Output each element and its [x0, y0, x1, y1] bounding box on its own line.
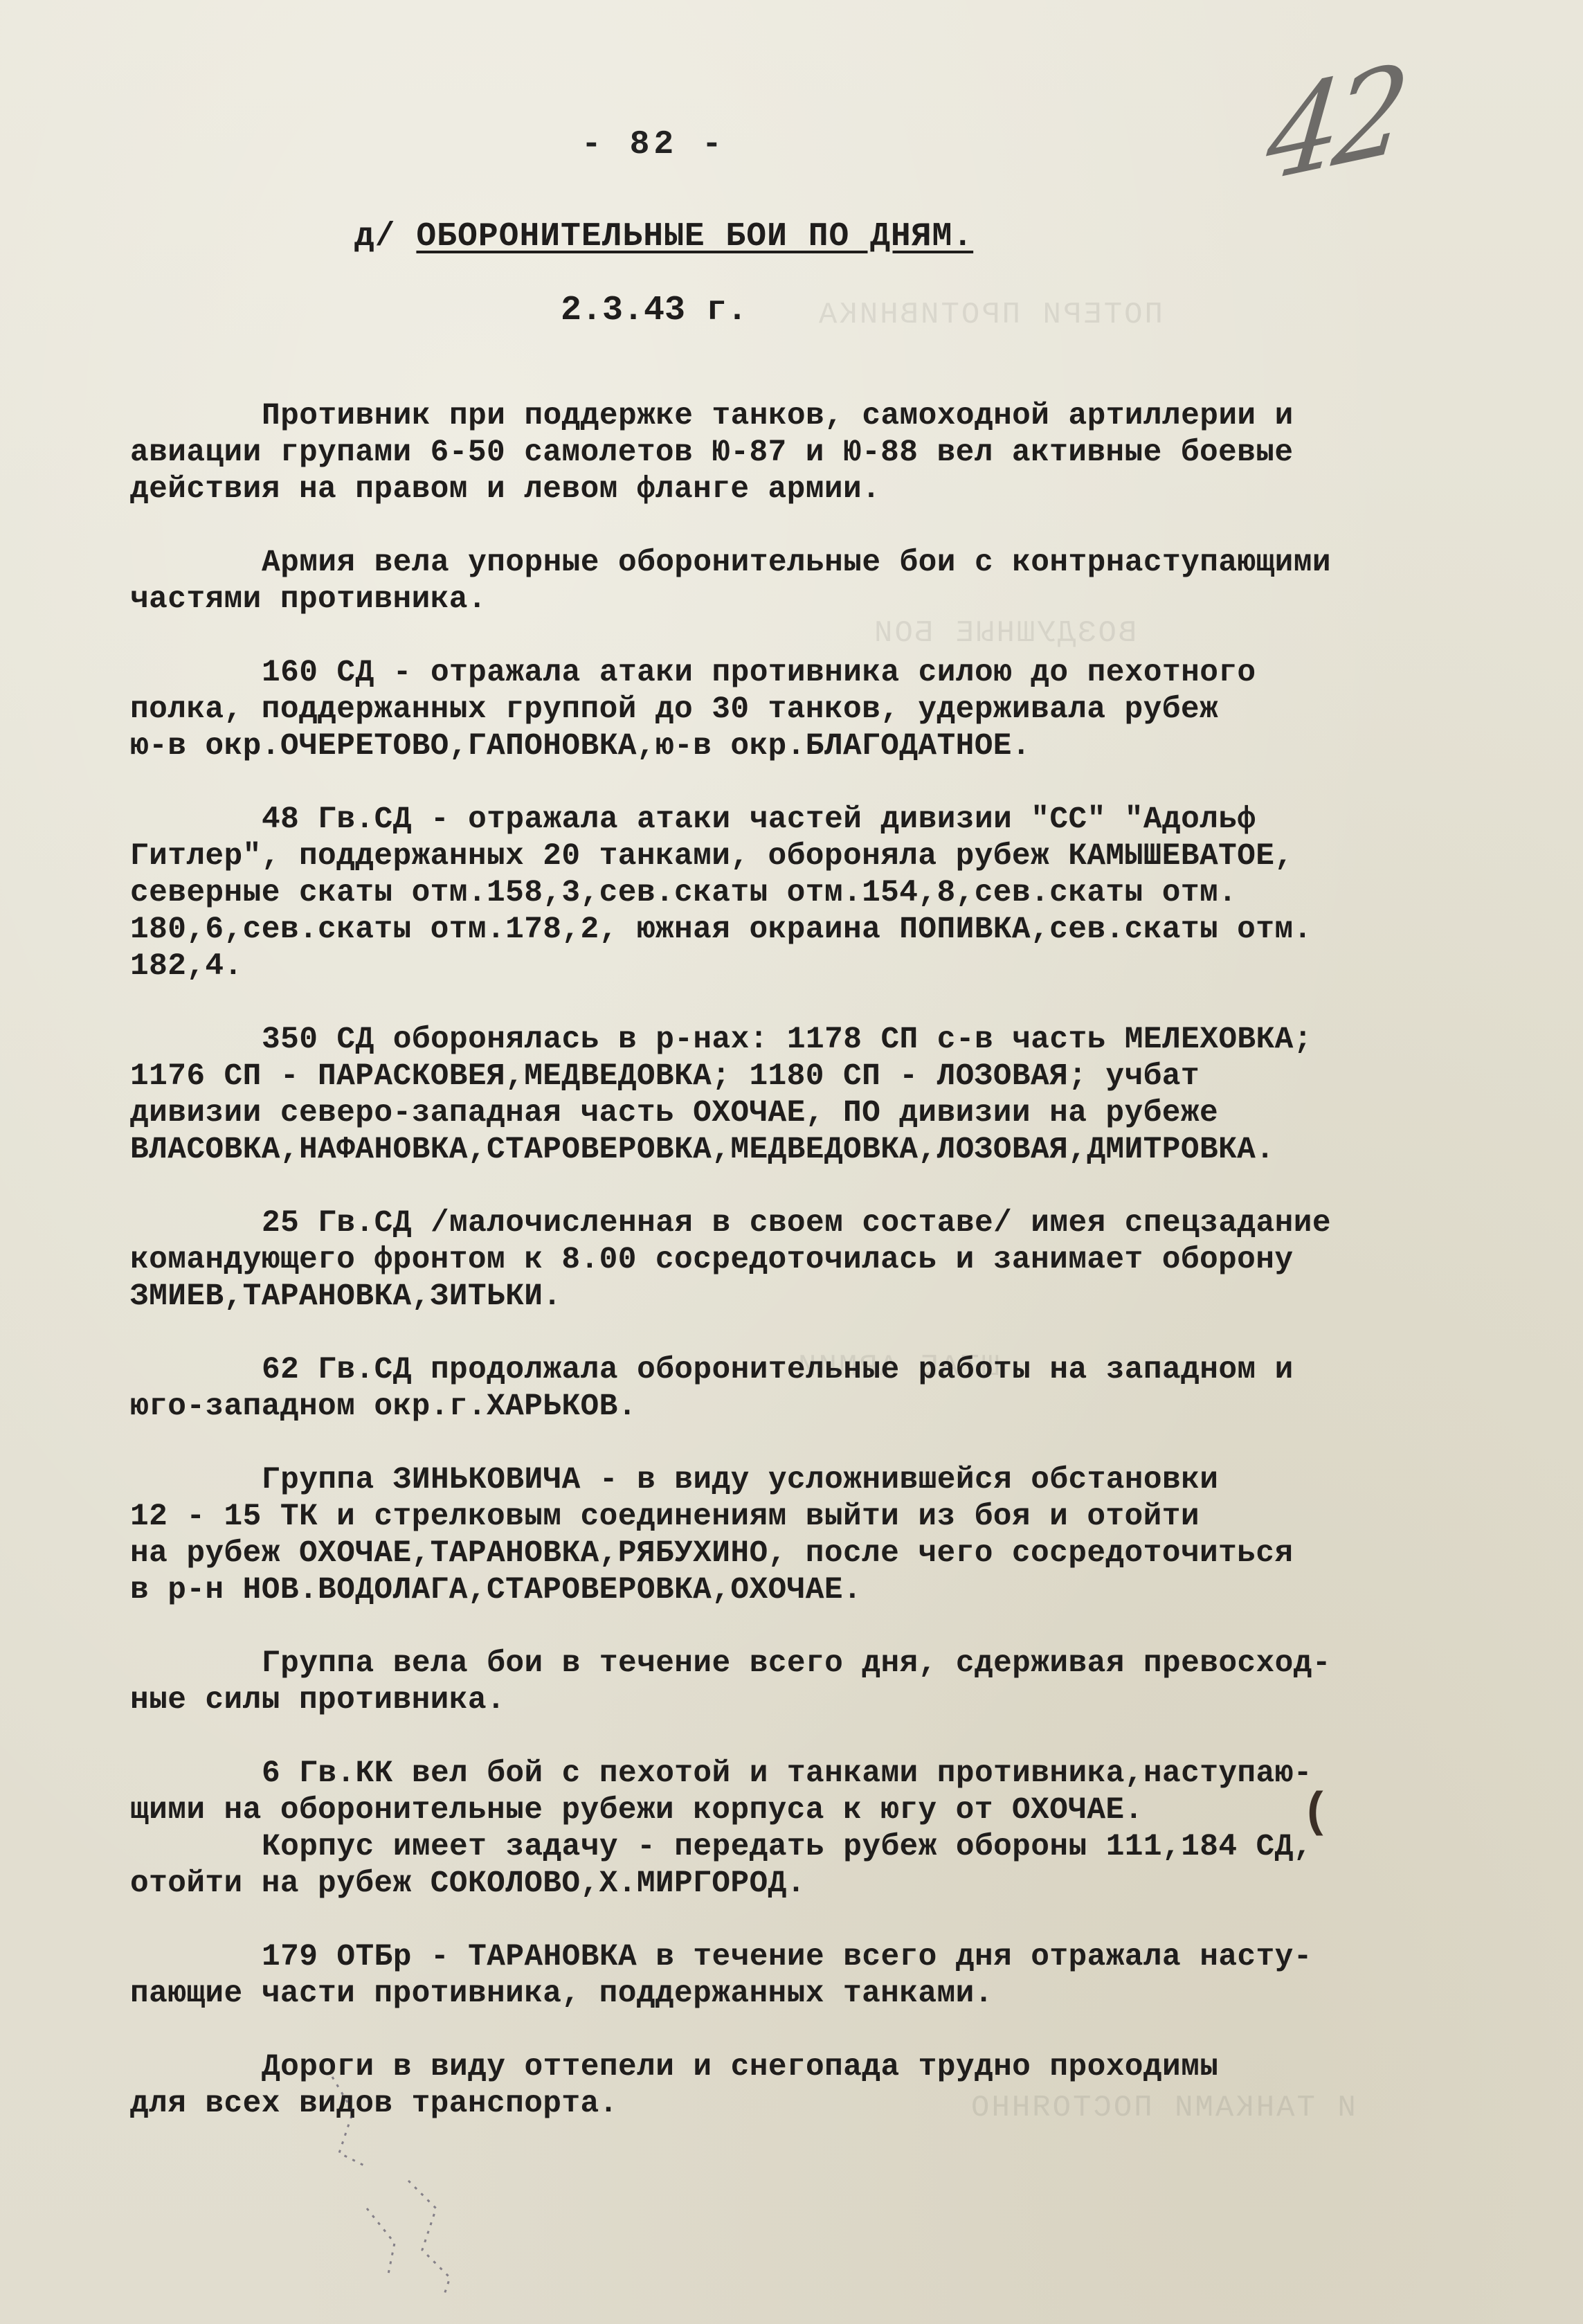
pencil-scribble-icon [325, 2070, 491, 2298]
text-line: 179 ОТБр - ТАРАНОВКА в течение всего дня… [130, 1939, 1570, 1976]
bleed-through-text: ПОТЕРИ ПРОТИВНИКА [817, 298, 1163, 332]
text-line: 6 Гв.КК вел бой с пехотой и танками прот… [130, 1756, 1570, 1792]
section-title: д/ ОБОРОНИТЕЛЬНЫЕ БОИ ПО ДНЯМ. [354, 218, 973, 255]
text-line: 180,6,сев.скаты отм.178,2, южная окраина… [130, 912, 1570, 948]
text-line: ные силы противника. [130, 1682, 1570, 1719]
paragraph: 48 Гв.СД - отражала атаки частей дивизии… [130, 802, 1570, 985]
text-line: 12 - 15 ТК и стрелковым соединениям выйт… [130, 1499, 1570, 1535]
text-line: дивизии северо-западная часть ОХОЧАЕ, ПО… [130, 1095, 1570, 1132]
text-line: Противник при поддержке танков, самоходн… [130, 398, 1570, 435]
text-line: командующего фронтом к 8.00 сосредоточил… [130, 1242, 1570, 1279]
paragraph: 62 Гв.СД продолжала оборонительные работ… [130, 1352, 1570, 1425]
text-line: 350 СД оборонялась в р-нах: 1178 СП с-в … [130, 1022, 1570, 1059]
text-line: 182,4. [130, 948, 1570, 985]
text-line: на рубеж ОХОЧАЕ,ТАРАНОВКА,РЯБУХИНО, посл… [130, 1535, 1570, 1572]
text-line: юго-западном окр.г.ХАРЬКОВ. [130, 1389, 1570, 1425]
text-line: 160 СД - отражала атаки противника силою… [130, 655, 1570, 692]
text-line: Армия вела упорные оборонительные бои с … [130, 545, 1570, 582]
text-line: щими на оборонительные рубежи корпуса к … [130, 1792, 1570, 1829]
paragraph: 350 СД оборонялась в р-нах: 1178 СП с-в … [130, 1022, 1570, 1169]
text-line: 1176 СП - ПАРАСКОВЕЯ,МЕДВЕДОВКА; 1180 СП… [130, 1059, 1570, 1095]
text-line: ю-в окр.ОЧЕРЕТОВО,ГАПОНОВКА,ю-в окр.БЛАГ… [130, 728, 1570, 765]
section-title-text: ОБОРОНИТЕЛЬНЫЕ БОИ ПО ДНЯМ. [416, 218, 973, 255]
text-line: Корпус имеет задачу - передать рубеж обо… [130, 1829, 1570, 1866]
page-number: - 82 - [581, 126, 726, 163]
text-line: 48 Гв.СД - отражала атаки частей дивизии… [130, 802, 1570, 838]
text-line: в р-н НОВ.ВОДОЛАГА,СТАРОВЕРОВКА,ОХОЧАЕ. [130, 1572, 1570, 1609]
text-line: отойти на рубеж СОКОЛОВО,Х.МИРГОРОД. [130, 1866, 1570, 1902]
paragraph: Группа вела бои в течение всего дня, сде… [130, 1646, 1570, 1719]
paragraph: Группа ЗИНЬКОВИЧА - в виду усложнившейся… [130, 1462, 1570, 1609]
ink-mark: ( [1301, 1786, 1330, 1841]
paragraph: 6 Гв.КК вел бой с пехотой и танками прот… [130, 1756, 1570, 1829]
paragraph: Армия вела упорные оборонительные бои с … [130, 545, 1570, 618]
paragraph: Корпус имеет задачу - передать рубеж обо… [130, 1829, 1570, 1902]
text-line: 25 Гв.СД /малочисленная в своем составе/… [130, 1205, 1570, 1242]
text-line: 62 Гв.СД продолжала оборонительные работ… [130, 1352, 1570, 1389]
paragraph: 25 Гв.СД /малочисленная в своем составе/… [130, 1205, 1570, 1315]
text-line: полка, поддержанных группой до 30 танков… [130, 692, 1570, 728]
text-line: Гитлер", поддержанных 20 танками, оборон… [130, 838, 1570, 875]
paragraph: Противник при поддержке танков, самоходн… [130, 398, 1570, 508]
text-line: действия на правом и левом фланге армии. [130, 471, 1570, 508]
text-line: Группа вела бои в течение всего дня, сде… [130, 1646, 1570, 1682]
text-line: авиации групами 6-50 самолетов Ю-87 и Ю-… [130, 435, 1570, 471]
text-line: ЗМИЕВ,ТАРАНОВКА,ЗИТЬКИ. [130, 1279, 1570, 1315]
text-line: северные скаты отм.158,3,сев.скаты отм.1… [130, 875, 1570, 912]
paragraph: 160 СД - отражала атаки противника силою… [130, 655, 1570, 765]
report-date: 2.3.43 г. [561, 291, 748, 330]
text-line: частями противника. [130, 582, 1570, 618]
text-line: пающие части противника, поддержанных та… [130, 1976, 1570, 2012]
paragraph: 179 ОТБр - ТАРАНОВКА в течение всего дня… [130, 1939, 1570, 2012]
text-line: Группа ЗИНЬКОВИЧА - в виду усложнившейся… [130, 1462, 1570, 1499]
document-body: Противник при поддержке танков, самоходн… [130, 398, 1570, 2159]
section-title-prefix: д/ [354, 218, 396, 255]
text-line: ВЛАСОВКА,НАФАНОВКА,СТАРОВЕРОВКА,МЕДВЕДОВ… [130, 1132, 1570, 1169]
